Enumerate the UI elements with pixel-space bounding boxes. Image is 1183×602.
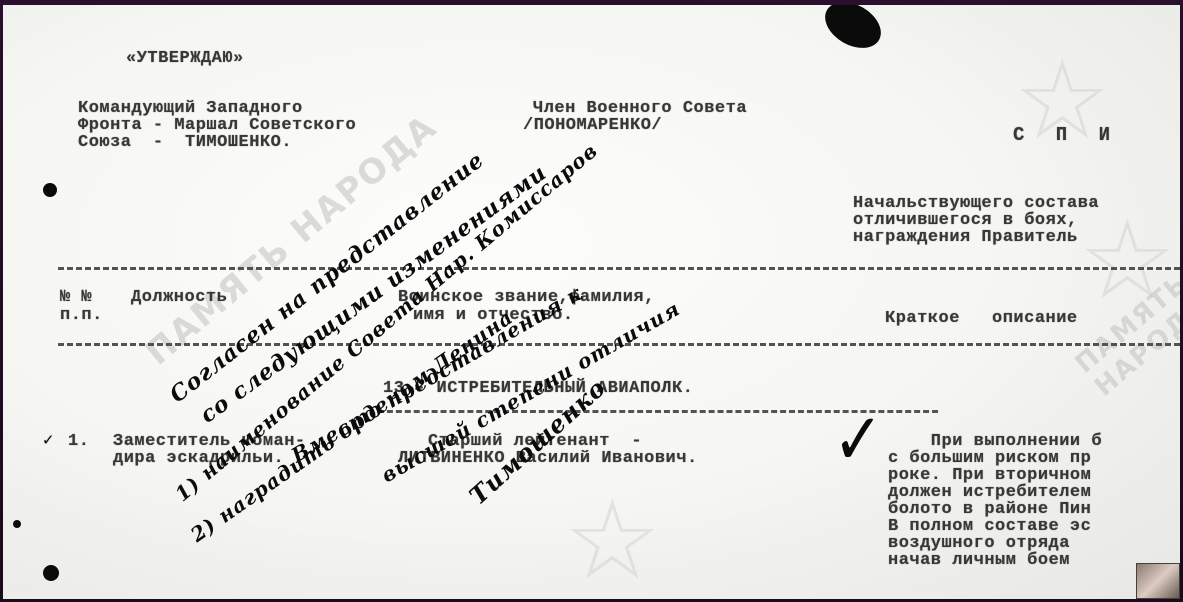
- list-title: С П И: [1013, 127, 1120, 144]
- approver-line: Союза - ТИМОШЕНКО.: [78, 134, 292, 151]
- table-top-rule: [58, 267, 1180, 270]
- row-description: воздушного отряда: [888, 535, 1070, 552]
- header-number: № №: [60, 289, 92, 306]
- row-description: должен истребителем: [888, 484, 1091, 501]
- row-position: Заместитель коман-: [113, 433, 306, 450]
- council-line: Член Военного Совета: [533, 100, 747, 117]
- star-watermark-icon: ☆: [563, 485, 662, 595]
- video-frame: ☆ ☆ ☆ ПАМЯТЬ НАРОДА ПАМЯТЬ НАРОДА «УТВЕР…: [0, 0, 1183, 602]
- row-description: В полном составе эс: [888, 518, 1091, 535]
- presenter-thumbnail: [1136, 563, 1180, 599]
- row-description: При выполнении б: [888, 433, 1102, 450]
- header-number: п.п.: [60, 307, 103, 324]
- row-description: болото в районе Пин: [888, 501, 1091, 518]
- row-description: с большим риском пр: [888, 450, 1091, 467]
- approver-line: Фронта - Маршал Советского: [78, 117, 356, 134]
- subtitle-line: награждения Правитель: [853, 229, 1078, 246]
- row-description: начав личным боем: [888, 552, 1070, 569]
- row-check-mark: ✓: [43, 433, 54, 450]
- archival-document: ☆ ☆ ☆ ПАМЯТЬ НАРОДА ПАМЯТЬ НАРОДА «УТВЕР…: [3, 5, 1180, 599]
- row-description: роке. При вторичном: [888, 467, 1091, 484]
- header-description: Краткое описание: [885, 310, 1078, 327]
- council-line: /ПОНОМАРЕНКО/: [523, 117, 662, 134]
- approver-line: Командующий Западного: [78, 100, 303, 117]
- header-position: Должность: [131, 289, 227, 306]
- ink-blot: [43, 565, 59, 581]
- approval-check-mark-icon: ✓: [833, 398, 883, 482]
- ink-blot: [817, 5, 889, 57]
- ink-blot: [13, 520, 21, 528]
- approval-stamp: «УТВЕРЖДАЮ»: [126, 50, 244, 67]
- ink-blot: [43, 183, 57, 197]
- row-number: 1.: [68, 433, 89, 450]
- subtitle-line: Начальствующего состава: [853, 195, 1099, 212]
- subtitle-line: отличившегося в боях,: [853, 212, 1078, 229]
